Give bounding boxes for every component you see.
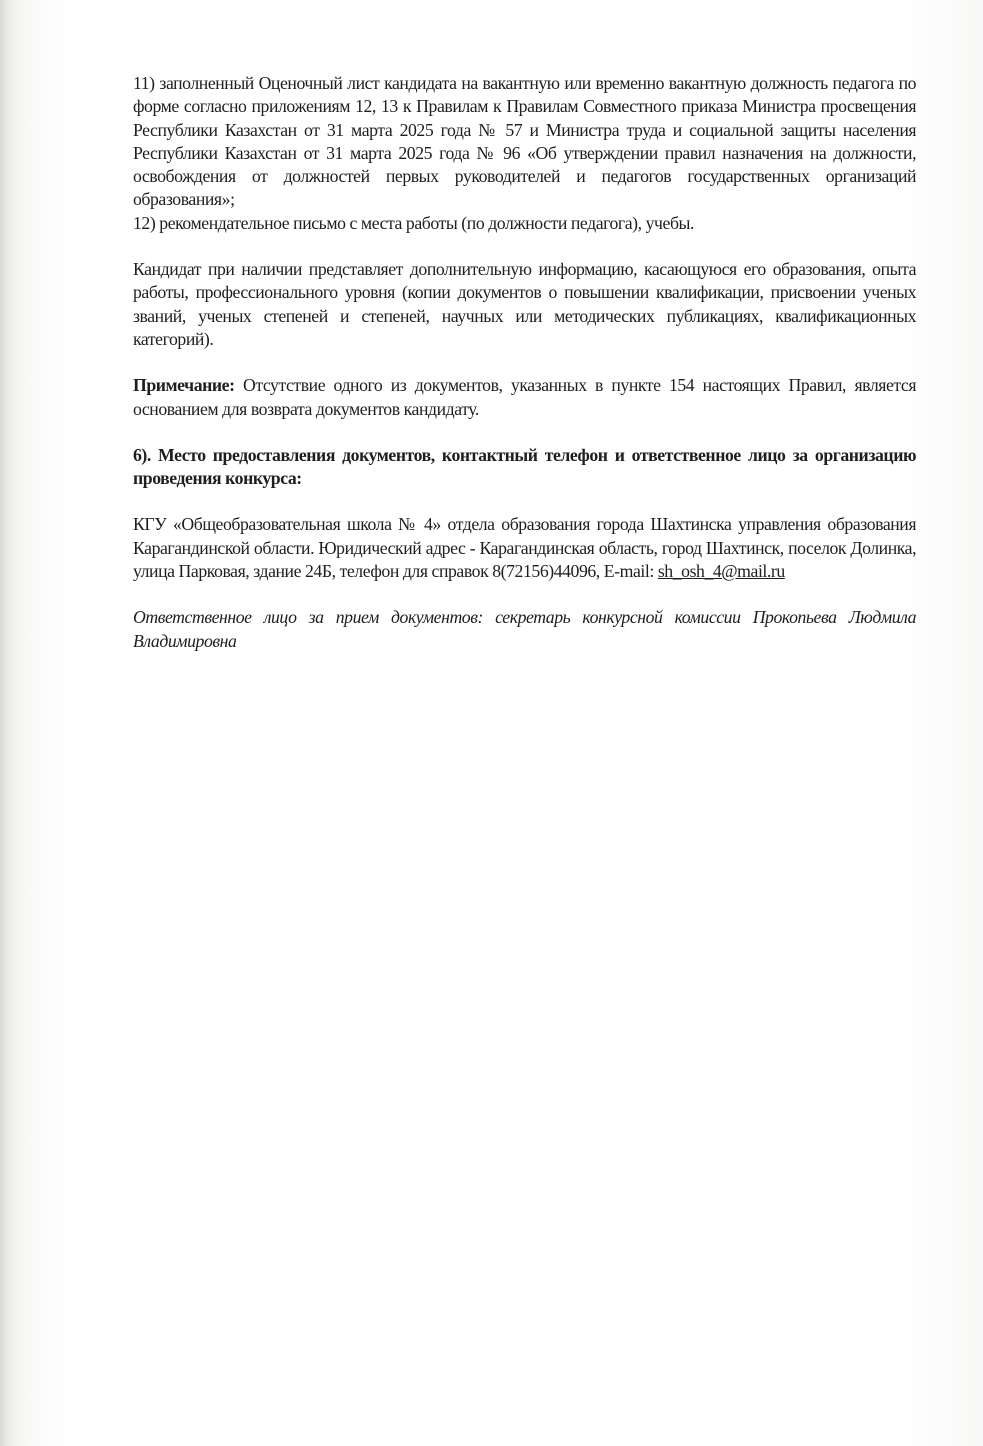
note-text: Отсутствие одного из документов, указанн… (133, 375, 916, 418)
note-label: Примечание: (133, 375, 235, 395)
list-item-11: 11) заполненный Оценочный лист кандидата… (133, 72, 916, 212)
document-body: 11) заполненный Оценочный лист кандидата… (133, 72, 916, 653)
responsible-person: Ответственное лицо за прием документов: … (133, 606, 916, 653)
additional-info-paragraph: Кандидат при наличии представляет дополн… (133, 258, 916, 351)
note-paragraph: Примечание: Отсутствие одного из докумен… (133, 374, 916, 421)
organization-address-paragraph: КГУ «Общеобразовательная школа № 4» отде… (133, 513, 916, 583)
document-page: 11) заполненный Оценочный лист кандидата… (0, 0, 983, 1446)
section-6-heading: 6). Место предоставления документов, кон… (133, 444, 916, 491)
address-text: КГУ «Общеобразовательная школа № 4» отде… (133, 514, 916, 581)
list-item-12: 12) рекомендательное письмо с места рабо… (133, 212, 916, 235)
email-link[interactable]: sh_osh_4@mail.ru (658, 561, 785, 581)
